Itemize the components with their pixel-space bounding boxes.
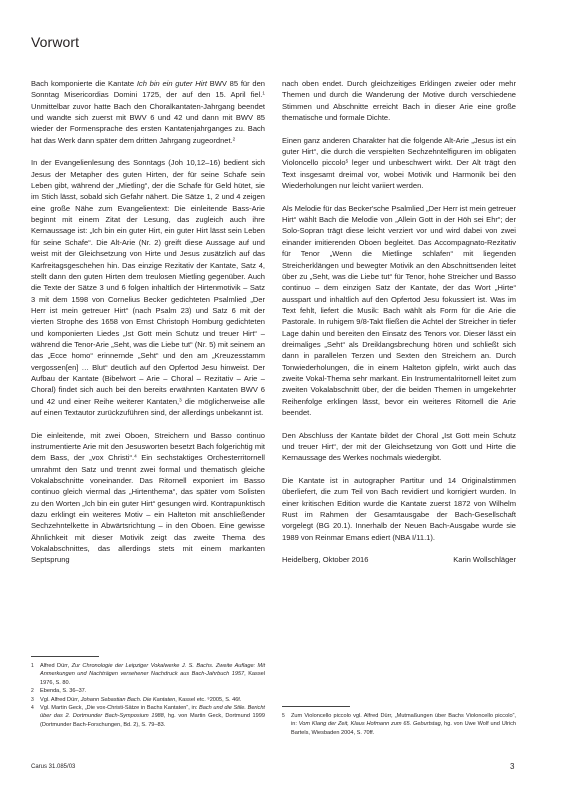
cantata-title: Ich bin ein guter Hirt xyxy=(137,79,207,88)
text: Unmittelbar zuvor hatte Bach den Choralk… xyxy=(31,102,265,145)
paragraph-gospel: In der Evangelienlesung des Sonntags (Jo… xyxy=(31,157,265,418)
paragraph-density: nach oben endet. Durch gleichzeitiges Er… xyxy=(282,78,516,123)
paragraph-sources: Die Kantate ist in autographer Partitur … xyxy=(282,475,516,543)
footnote-number: 3 xyxy=(31,696,40,704)
right-column: nach oben endet. Durch gleichzeitiges Er… xyxy=(282,78,516,566)
paragraph-alto-aria: Einen ganz anderen Charakter hat die fol… xyxy=(282,135,516,192)
page-title: Vorwort xyxy=(31,34,79,50)
paragraph-intro: Bach komponierte die Kantate Ich bin ein… xyxy=(31,78,265,146)
text: Vgl. Alfred Dürr, xyxy=(40,697,81,703)
footnote-number: 1 xyxy=(31,662,40,687)
footnote-5: 5 Zum Violoncello piccolo vgl. Alfred Dü… xyxy=(282,712,516,737)
footnote-divider xyxy=(282,706,350,707)
title: Vom Klang der Zeit, Klaus Hofmann zum 65… xyxy=(299,721,441,727)
footnotes-left: 1 Alfred Dürr, Zur Chronologie der Leipz… xyxy=(31,662,265,729)
footnote-4: 4 Vgl. Martin Geck, „Die vox-Christi-Sät… xyxy=(31,704,265,729)
footnote-number: 5 xyxy=(282,712,291,737)
paragraph-chorale: Den Abschluss der Kantate bildet der Cho… xyxy=(282,430,516,464)
footnote-divider xyxy=(31,656,99,657)
title: Zur Chronologie der Leipziger Vokalwerke… xyxy=(40,663,265,677)
footnote-ref-1[interactable]: 1 xyxy=(262,91,265,96)
author: Karin Wollschläger xyxy=(453,554,516,565)
text: Vgl. Martin Geck, „Die vox-Christi-Sätze… xyxy=(40,705,199,711)
footnote-ref-2[interactable]: 2 xyxy=(233,136,236,141)
text: In der Evangelienlesung des Sonntags (Jo… xyxy=(31,158,265,405)
page-number: 3 xyxy=(510,762,514,771)
text: Alfred Dürr, xyxy=(40,663,72,669)
left-column: Bach komponierte die Kantate Ich bin ein… xyxy=(31,78,265,566)
text: Ein sechstaktiges Orchesterritornell umr… xyxy=(31,453,265,564)
catalog-number: Carus 31.085/03 xyxy=(31,764,75,770)
signature: Heidelberg, Oktober 2016 Karin Wollschlä… xyxy=(282,554,516,565)
paragraph-opening-aria: Die einleitende, mit zwei Oboen, Streich… xyxy=(31,430,265,566)
footnote-number: 2 xyxy=(31,687,40,695)
footnotes-right: 5 Zum Violoncello piccolo vgl. Alfred Dü… xyxy=(282,712,516,737)
footnote-1: 1 Alfred Dürr, Zur Chronologie der Leipz… xyxy=(31,662,265,687)
footnote-2: 2 Ebenda, S. 36–37. xyxy=(31,687,265,695)
text: , Kassel etc. ⁹2005, S. 46f. xyxy=(175,697,241,703)
place-date: Heidelberg, Oktober 2016 xyxy=(282,554,368,565)
text: Bach komponierte die Kantate xyxy=(31,79,137,88)
footnote-number: 4 xyxy=(31,704,40,729)
paragraph-psalm-melody: Als Melodie für das Becker'sche Psalmlie… xyxy=(282,203,516,419)
footnote-3: 3 Vgl. Alfred Dürr, Johann Sebastian Bac… xyxy=(31,696,265,704)
text: Ebenda, S. 36–37. xyxy=(40,688,86,694)
title: Johann Sebastian Bach. Die Kantaten xyxy=(81,697,176,703)
